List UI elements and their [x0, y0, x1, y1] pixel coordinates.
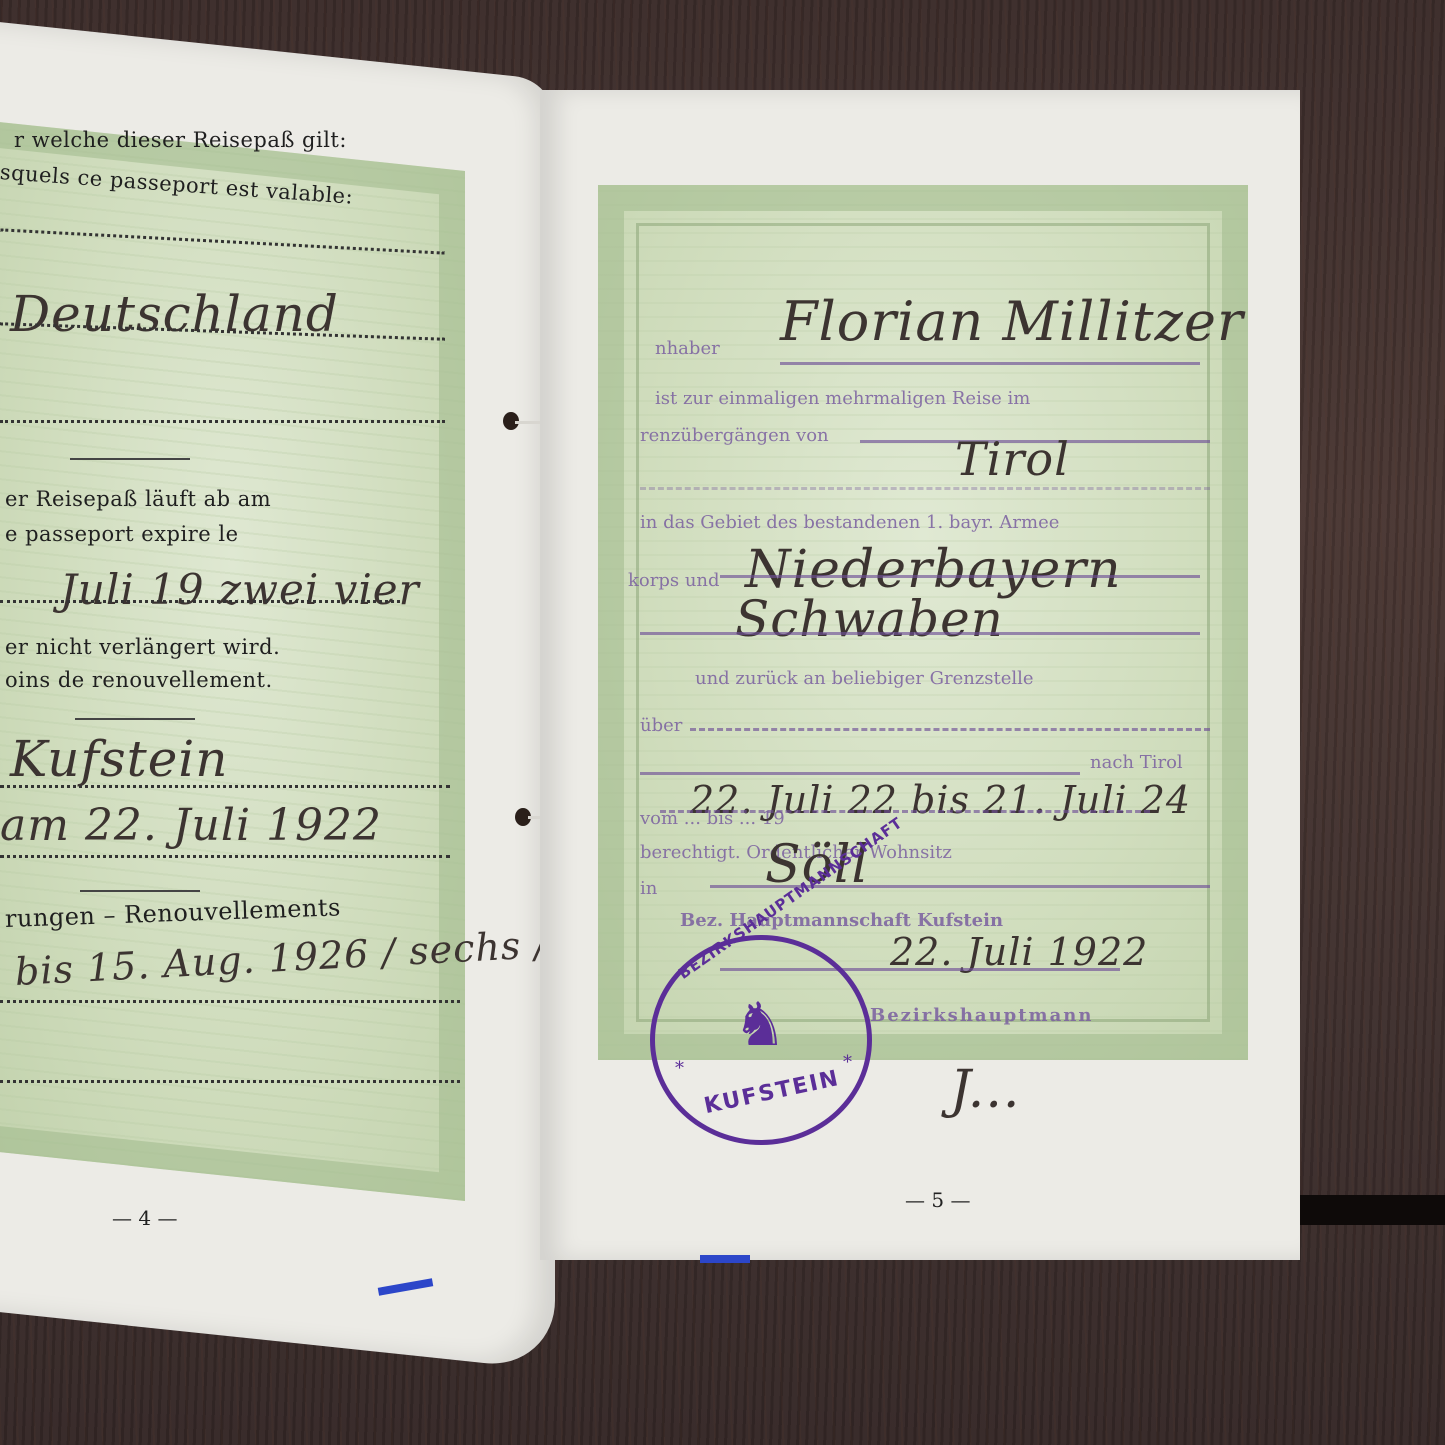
handwritten-issue-place: Kufstein	[10, 730, 229, 788]
handwritten-validity-period: 22. Juli 22 bis 21. Juli 24	[690, 778, 1191, 822]
expiry-line-de: er Reisepaß läuft ab am	[5, 487, 271, 511]
form-line	[710, 885, 1210, 888]
form-line	[720, 575, 1200, 578]
handwritten-issue-date: am 22. Juli 1922	[0, 800, 382, 851]
handwritten-destination-2: Schwaben	[735, 590, 1004, 648]
signature-title: Bezirkshauptmann	[870, 1005, 1093, 1026]
eagle-emblem-icon: ♞	[733, 990, 787, 1060]
expiry-line-fr: e passeport expire le	[5, 522, 239, 546]
page-number-5: — 5 —	[905, 1188, 970, 1212]
divider-rule	[70, 458, 190, 460]
form-line	[660, 810, 1150, 813]
expiry-note-fr: oins de renouvellement.	[5, 668, 273, 692]
dotted-line	[0, 1080, 460, 1083]
form-line	[690, 728, 1210, 731]
handwritten-signature: J...	[950, 1060, 1020, 1120]
printed-label-grenzuebergaengen: renzübergängen von	[640, 425, 829, 446]
printed-label-korps: korps und	[628, 570, 720, 591]
printed-label-inhaber: nhaber	[655, 338, 720, 359]
blue-edge-mark	[700, 1255, 750, 1263]
dotted-line	[0, 600, 400, 603]
form-line	[640, 772, 1080, 775]
wood-plank-gap	[1295, 1195, 1445, 1225]
page-number-4: — 4 —	[112, 1206, 177, 1230]
dotted-line	[0, 420, 445, 423]
form-line	[640, 632, 1200, 635]
handwritten-origin: Tirol	[955, 432, 1070, 486]
seal-bottom-text: KUFSTEIN	[702, 1066, 842, 1119]
dotted-line	[0, 785, 450, 788]
guilloche-panel-left	[0, 122, 465, 1201]
printed-label-zurueck: und zurück an beliebiger Grenzstelle	[695, 668, 1034, 689]
printed-label-in: in	[640, 878, 657, 899]
validity-line-de: r welche dieser Reisepaß gilt:	[14, 128, 347, 152]
printed-label-nach: nach Tirol	[1090, 752, 1183, 773]
handwritten-holder-name: Florian Millitzer	[780, 290, 1244, 353]
printed-label-reise: ist zur einmaligen mehrmaligen Reise im	[655, 388, 1030, 409]
form-line	[780, 362, 1200, 365]
printed-label-gebiet: in das Gebiet des bestandenen 1. bayr. A…	[640, 512, 1059, 533]
printed-label-bezirkshauptmannschaft: Bez. Hauptmannschaft Kufstein	[680, 910, 1003, 931]
divider-rule	[80, 890, 200, 892]
dotted-line	[0, 855, 450, 858]
form-line	[640, 487, 1210, 490]
star-icon: *	[843, 1052, 852, 1073]
greek-key-border	[0, 122, 465, 1201]
left-page	[0, 20, 555, 1370]
expiry-note-de: er nicht verlängert wird.	[5, 635, 280, 659]
official-seal: BEZIRKSHAUPTMANNSCHAFT ♞ * * KUFSTEIN	[650, 935, 872, 1145]
dotted-line	[0, 1000, 460, 1003]
printed-label-ueber: über	[640, 715, 682, 736]
handwritten-expiry-date: Juli 19 zwei vier	[60, 565, 420, 614]
divider-rule	[75, 718, 195, 720]
star-icon: *	[675, 1058, 684, 1079]
